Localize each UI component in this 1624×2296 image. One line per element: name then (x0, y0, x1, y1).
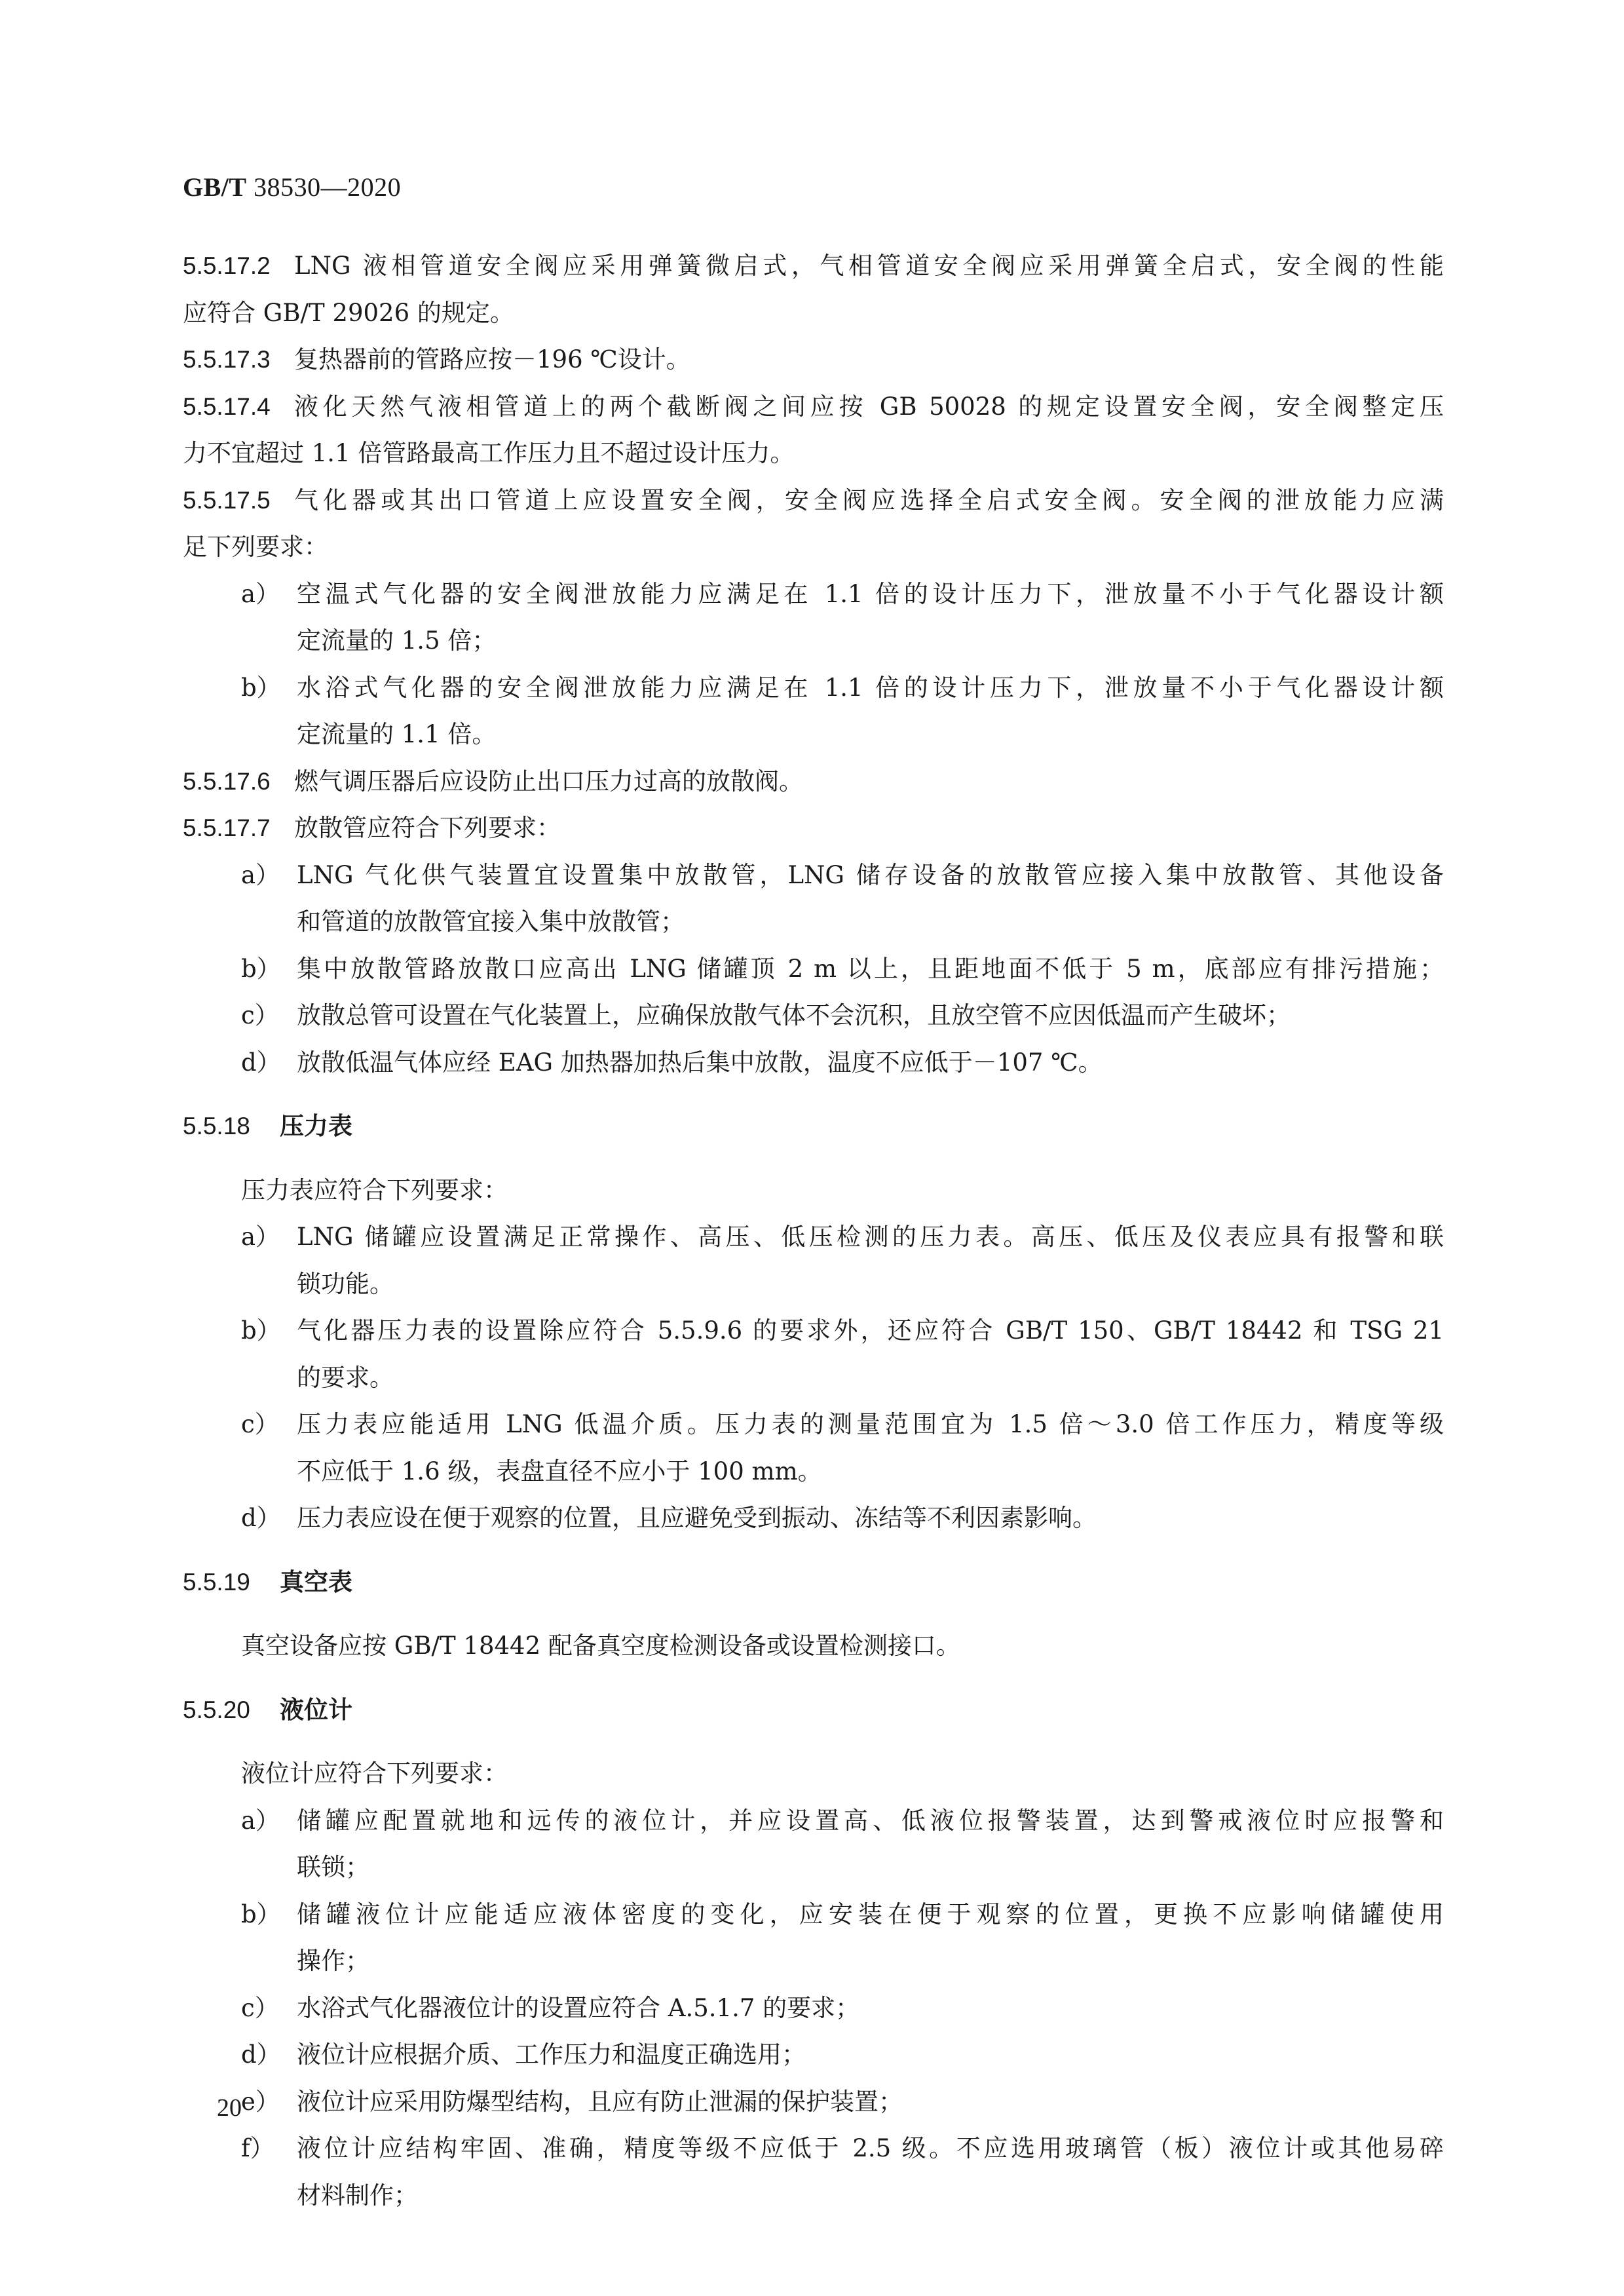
item-text: 储罐液位计应能适应液体密度的变化，应安装在便于观察的位置，更换不应影响储罐使用 (297, 1891, 1444, 1938)
item-text: 水浴式气化器的安全阀泄放能力应满足在 1.1 倍的设计压力下，泄放量不小于气化器… (297, 664, 1444, 712)
item-text: LNG 气化供气装置宜设置集中放散管，LNG 储存设备的放散管应接入集中放散管、… (297, 852, 1444, 899)
item-letter: b） (241, 1891, 297, 1938)
section-5-5-20: 5.5.20液位计 液位计应符合下列要求： a）储罐应配置就地和远传的液位计，并… (183, 1687, 1444, 2219)
section-title: 真空表 (280, 1568, 352, 1596)
standard-header: GB/T 38530—2020 (183, 172, 401, 202)
list-item: d）放散低温气体应经 EAG 加热器加热后集中放散，温度不应低于－107 ℃。 (183, 1039, 1444, 1086)
item-text: 液位计应结构牢固、准确，精度等级不应低于 2.5 级。不应选用玻璃管（板）液位计… (297, 2125, 1444, 2172)
section-intro: 真空设备应按 GB/T 18442 配备真空度检测设备或设置检测接口。 (241, 1632, 960, 1660)
list-item: b）集中放散管路放散口应高出 LNG 储罐顶 2 m 以上，且距地面不低于 5 … (183, 946, 1444, 993)
clause-text: 复热器前的管路应按－196 ℃设计。 (294, 345, 690, 373)
list-item: c）压力表应能适用 LNG 低温介质。压力表的测量范围宜为 1.5 倍～3.0 … (183, 1401, 1444, 1448)
section-title: 液位计 (280, 1696, 352, 1724)
item-text: 压力表应能适用 LNG 低温介质。压力表的测量范围宜为 1.5 倍～3.0 倍工… (297, 1401, 1444, 1448)
item-text: 水浴式气化器液位计的设置应符合 A.5.1.7 的要求； (297, 1985, 1444, 2032)
item-letter: b） (241, 946, 297, 993)
item-text: 空温式气化器的安全阀泄放能力应满足在 1.1 倍的设计压力下，泄放量不小于气化器… (297, 571, 1444, 618)
item-letter: e） (241, 2078, 297, 2126)
list-item: a）LNG 储罐应设置满足正常操作、高压、低压检测的压力表。高压、低压及仪表应具… (183, 1214, 1444, 1261)
item-text: 集中放散管路放散口应高出 LNG 储罐顶 2 m 以上，且距地面不低于 5 m，… (297, 946, 1444, 993)
section-intro: 液位计应符合下列要求： (241, 1759, 508, 1788)
section-heading: 5.5.20液位计 (183, 1687, 1444, 1734)
item-letter: c） (241, 1985, 297, 2032)
item-text: 液位计应采用防爆型结构，且应有防止泄漏的保护装置； (297, 2078, 1444, 2126)
item-letter: f） (241, 2125, 297, 2172)
item-text: 不应低于 1.6 级，表盘直径不应小于 100 mm。 (297, 1457, 822, 1485)
standard-code: GB/T (183, 172, 247, 202)
document-page: GB/T 38530—2020 5.5.17.2LNG 液相管道安全阀应采用弹簧… (0, 0, 1624, 2296)
item-letter: a） (241, 1214, 297, 1261)
list-item: b）储罐液位计应能适应液体密度的变化，应安装在便于观察的位置，更换不应影响储罐使… (183, 1891, 1444, 1938)
list-item: c）水浴式气化器液位计的设置应符合 A.5.1.7 的要求； (183, 1985, 1444, 2032)
list-item: a）空温式气化器的安全阀泄放能力应满足在 1.1 倍的设计压力下，泄放量不小于气… (183, 571, 1444, 618)
item-letter: c） (241, 992, 297, 1039)
item-text: 定流量的 1.1 倍。 (297, 720, 496, 748)
item-text: 放散低温气体应经 EAG 加热器加热后集中放散，温度不应低于－107 ℃。 (297, 1039, 1444, 1086)
clause-text: 气化器或其出口管道上应设置安全阀，安全阀应选择全启式安全阀。安全阀的泄放能力应满 (294, 477, 1444, 524)
list-item: d）液位计应根据介质、工作压力和温度正确选用； (183, 2031, 1444, 2078)
item-text: 的要求。 (297, 1364, 394, 1392)
section-heading: 5.5.18压力表 (183, 1103, 1444, 1150)
section-intro: 压力表应符合下列要求： (241, 1176, 508, 1204)
item-text: 联锁； (297, 1853, 369, 1881)
clause-text: 应符合 GB/T 29026 的规定。 (183, 299, 514, 327)
item-letter: b） (241, 1307, 297, 1354)
clause-text: LNG 液相管道安全阀应采用弹簧微启式，气相管道安全阀应采用弹簧全启式，安全阀的… (294, 242, 1444, 290)
item-text: 锁功能。 (297, 1270, 394, 1298)
item-text: 液位计应根据介质、工作压力和温度正确选用； (297, 2031, 1444, 2078)
clause-number: 5.5.17.6 (183, 758, 294, 805)
item-letter: d） (241, 2031, 297, 2078)
clause-5-5-17-2: 5.5.17.2LNG 液相管道安全阀应采用弹簧微启式，气相管道安全阀应采用弹簧… (183, 242, 1444, 336)
section-title: 压力表 (280, 1112, 352, 1140)
item-text: 放散总管可设置在气化装置上，应确保放散气体不会沉积，且放空管不应因低温而产生破坏… (297, 992, 1444, 1039)
clause-5-5-17-3: 5.5.17.3复热器前的管路应按－196 ℃设计。 (183, 336, 1444, 383)
list-item: e）液位计应采用防爆型结构，且应有防止泄漏的保护装置； (183, 2078, 1444, 2126)
item-letter: a） (241, 1797, 297, 1845)
section-5-5-18: 5.5.18压力表 压力表应符合下列要求： a）LNG 储罐应设置满足正常操作、… (183, 1103, 1444, 1542)
item-letter: c） (241, 1401, 297, 1448)
item-text: 操作； (297, 1947, 369, 1975)
standard-number: 38530—2020 (254, 172, 401, 202)
item-letter: d） (241, 1039, 297, 1086)
clause-text: 液化天然气液相管道上的两个截断阀之间应按 GB 50028 的规定设置安全阀，安… (294, 383, 1444, 430)
item-text: 定流量的 1.5 倍； (297, 626, 496, 655)
section-5-5-19: 5.5.19真空表 真空设备应按 GB/T 18442 配备真空度检测设备或设置… (183, 1559, 1444, 1670)
page-number: 20 (217, 2094, 242, 2122)
list-item: d）压力表应设在便于观察的位置，且应避免受到振动、冻结等不利因素影响。 (183, 1495, 1444, 1542)
section-number: 5.5.19 (183, 1559, 280, 1606)
list-item: f）液位计应结构牢固、准确，精度等级不应低于 2.5 级。不应选用玻璃管（板）液… (183, 2125, 1444, 2172)
section-heading: 5.5.19真空表 (183, 1559, 1444, 1606)
list-item: c）放散总管可设置在气化装置上，应确保放散气体不会沉积，且放空管不应因低温而产生… (183, 992, 1444, 1039)
document-body: 5.5.17.2LNG 液相管道安全阀应采用弹簧微启式，气相管道安全阀应采用弹簧… (183, 242, 1444, 2219)
clause-5-5-17-4: 5.5.17.4液化天然气液相管道上的两个截断阀之间应按 GB 50028 的规… (183, 383, 1444, 477)
item-letter: b） (241, 664, 297, 712)
list-item: b）水浴式气化器的安全阀泄放能力应满足在 1.1 倍的设计压力下，泄放量不小于气… (183, 664, 1444, 712)
section-number: 5.5.18 (183, 1103, 280, 1150)
list-item: a）LNG 气化供气装置宜设置集中放散管，LNG 储存设备的放散管应接入集中放散… (183, 852, 1444, 899)
item-text: 和管道的放散管宜接入集中放散管； (297, 908, 685, 936)
item-letter: a） (241, 571, 297, 618)
clause-5-5-17-5: 5.5.17.5气化器或其出口管道上应设置安全阀，安全阀应选择全启式安全阀。安全… (183, 477, 1444, 758)
item-text: 材料制作； (297, 2181, 418, 2210)
clause-number: 5.5.17.4 (183, 383, 294, 430)
item-letter: d） (241, 1495, 297, 1542)
clause-text: 力不宜超过 1.1 倍管路最高工作压力且不超过设计压力。 (183, 439, 794, 467)
clause-number: 5.5.17.3 (183, 336, 294, 383)
list-item: b）气化器压力表的设置除应符合 5.5.9.6 的要求外，还应符合 GB/T 1… (183, 1307, 1444, 1354)
list-item: a）储罐应配置就地和远传的液位计，并应设置高、低液位报警装置，达到警戒液位时应报… (183, 1797, 1444, 1845)
item-text: LNG 储罐应设置满足正常操作、高压、低压检测的压力表。高压、低压及仪表应具有报… (297, 1214, 1444, 1261)
clause-text: 燃气调压器后应设防止出口压力过高的放散阀。 (294, 767, 803, 795)
item-letter: a） (241, 852, 297, 899)
item-text: 气化器压力表的设置除应符合 5.5.9.6 的要求外，还应符合 GB/T 150… (297, 1307, 1444, 1354)
clause-number: 5.5.17.5 (183, 477, 294, 524)
clause-text: 放散管应符合下列要求： (294, 814, 561, 842)
clause-5-5-17-6: 5.5.17.6燃气调压器后应设防止出口压力过高的放散阀。 (183, 758, 1444, 805)
clause-5-5-17-7: 5.5.17.7放散管应符合下列要求： a）LNG 气化供气装置宜设置集中放散管… (183, 805, 1444, 1086)
clause-text: 足下列要求： (183, 533, 328, 561)
item-text: 压力表应设在便于观察的位置，且应避免受到振动、冻结等不利因素影响。 (297, 1495, 1444, 1542)
clause-number: 5.5.17.7 (183, 805, 294, 852)
item-text: 储罐应配置就地和远传的液位计，并应设置高、低液位报警装置，达到警戒液位时应报警和 (297, 1797, 1444, 1845)
clause-number: 5.5.17.2 (183, 242, 294, 290)
section-number: 5.5.20 (183, 1687, 280, 1734)
